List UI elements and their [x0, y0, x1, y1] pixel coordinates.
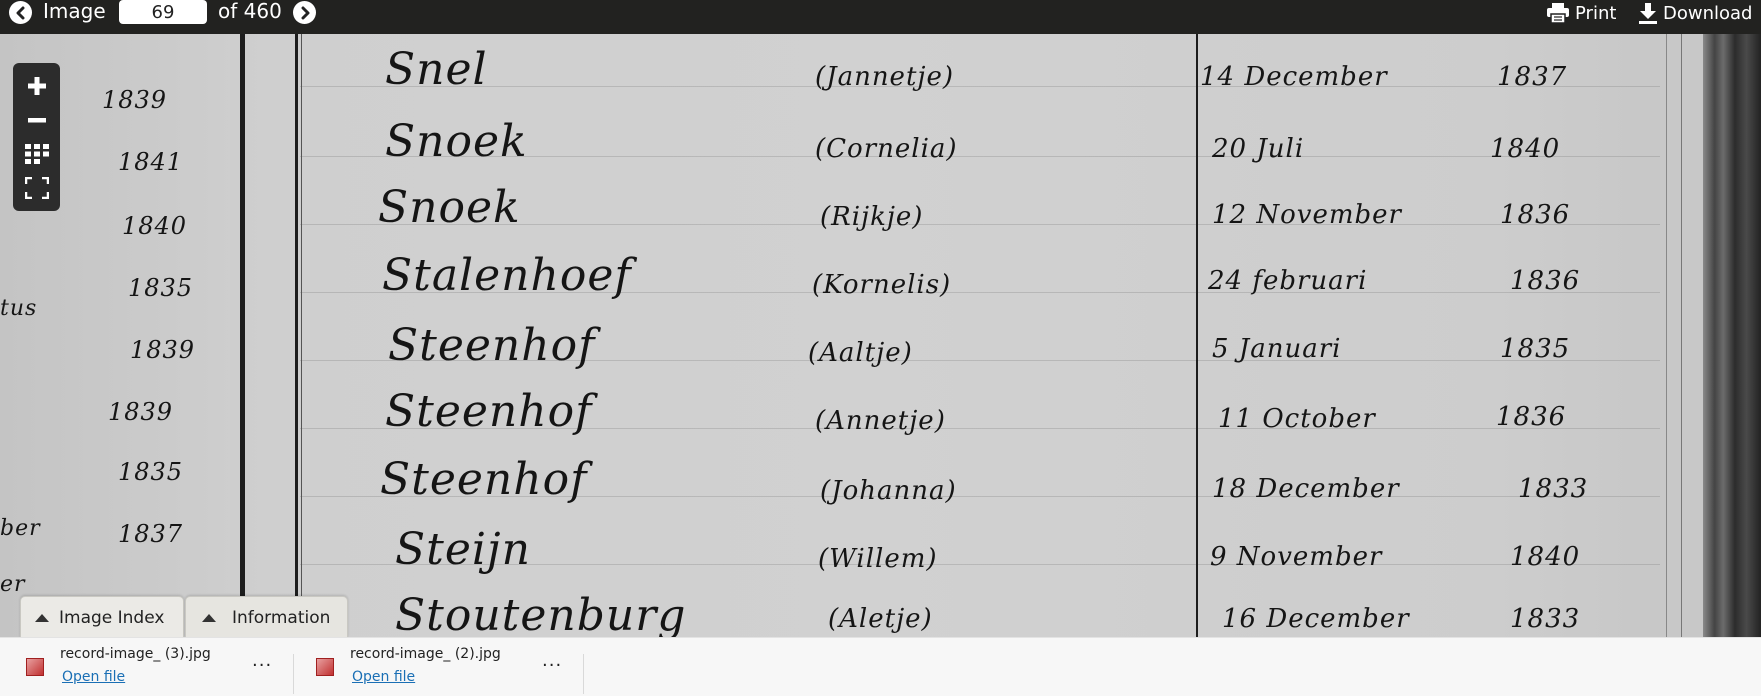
download-label: Download [1663, 3, 1752, 24]
entry-year: 1837 [1497, 62, 1567, 92]
entry-given-name: (Annetje) [815, 406, 946, 436]
triangle-up-icon [202, 614, 216, 622]
entry-year: 1833 [1510, 604, 1580, 634]
entry-surname: Snoek [378, 182, 521, 233]
tab-image-index[interactable]: Image Index [20, 596, 184, 638]
ruled-line [300, 86, 1660, 87]
entry-year: 1836 [1510, 266, 1580, 296]
open-file-link[interactable]: Open file [352, 669, 415, 685]
margin-year: 1835 [128, 274, 193, 302]
margin-year: 1835 [118, 458, 183, 486]
grid-icon [25, 144, 49, 164]
entry-year: 1835 [1500, 334, 1570, 364]
entry-surname: Steenhof [388, 320, 595, 371]
zoom-in-button[interactable] [19, 70, 55, 102]
download-filename: record-image_ (2).jpg [350, 646, 501, 662]
margin-fragment: tus [0, 296, 37, 321]
entry-surname: Snoek [385, 116, 528, 167]
margin-year: 1840 [122, 212, 187, 240]
divider [583, 654, 584, 694]
previous-image-button[interactable] [9, 1, 32, 24]
book-spine [1703, 34, 1761, 637]
entry-date: 14 December [1200, 62, 1388, 92]
tab-label: Information [232, 608, 330, 628]
zoom-controls [13, 63, 60, 211]
entry-surname: Snel [385, 44, 488, 95]
entry-given-name: (Cornelia) [815, 134, 958, 164]
entry-year: 1836 [1496, 402, 1566, 432]
minus-icon [27, 110, 47, 130]
entry-given-name: (Aletje) [828, 604, 933, 634]
entry-date: 16 December [1222, 604, 1410, 634]
document-image-viewer[interactable]: 1839 1841 1840 1835 1839 1839 1835 1837 … [0, 34, 1761, 637]
entry-surname: Steenhof [385, 386, 592, 437]
tab-information[interactable]: Information [185, 596, 348, 638]
print-button[interactable]: Print [1546, 0, 1616, 26]
column-divider [1196, 34, 1198, 637]
fullscreen-icon [25, 177, 49, 199]
page-total-label: of 460 [218, 0, 282, 23]
entry-given-name: (Johanna) [820, 476, 957, 506]
margin-year: 1837 [118, 520, 183, 548]
margin-year: 1839 [102, 86, 167, 114]
fullscreen-button[interactable] [19, 172, 55, 204]
entry-date: 20 Juli [1212, 134, 1304, 164]
chevron-left-icon [14, 6, 28, 20]
plus-icon [27, 76, 47, 96]
more-options-button[interactable]: ... [252, 650, 272, 671]
download-button[interactable]: Download [1638, 0, 1752, 26]
entry-year: 1833 [1518, 474, 1588, 504]
download-filename: record-image_ (3).jpg [60, 646, 211, 662]
tab-label: Image Index [59, 608, 164, 628]
margin-year: 1841 [118, 148, 183, 176]
entry-surname: Steijn [395, 524, 531, 575]
entry-surname: Stalenhoef [382, 250, 632, 301]
image-label: Image [43, 0, 106, 23]
entry-given-name: (Aaltje) [808, 338, 913, 368]
entry-year: 1840 [1510, 542, 1580, 572]
download-item[interactable]: record-image_ (2).jpg Open file ... [290, 638, 582, 696]
download-icon [1638, 2, 1658, 24]
printer-icon [1546, 2, 1570, 24]
margin-year: 1839 [108, 398, 173, 426]
column-divider [1666, 34, 1667, 637]
triangle-up-icon [35, 614, 49, 622]
column-divider [1681, 34, 1682, 637]
image-toolbar: Image of 460 Print Download [0, 0, 1761, 34]
margin-year: 1839 [130, 336, 195, 364]
more-options-button[interactable]: ... [542, 650, 562, 671]
entry-year: 1836 [1500, 200, 1570, 230]
entry-date: 12 November [1212, 200, 1402, 230]
entry-year: 1840 [1490, 134, 1560, 164]
margin-fragment: ber [0, 516, 41, 541]
entry-date: 9 November [1210, 542, 1382, 572]
entry-given-name: (Kornelis) [812, 270, 951, 300]
column-divider [240, 34, 245, 637]
image-file-icon [26, 658, 44, 676]
entry-surname: Stoutenburg [395, 590, 686, 637]
downloads-bar: record-image_ (3).jpg Open file ... reco… [0, 637, 1761, 696]
margin-fragment: er [0, 572, 26, 597]
open-file-link[interactable]: Open file [62, 669, 125, 685]
entry-date: 11 October [1218, 404, 1376, 434]
zoom-out-button[interactable] [19, 104, 55, 136]
entry-date: 24 februari [1208, 266, 1367, 296]
column-divider [301, 34, 302, 637]
page-number-input[interactable] [119, 0, 207, 24]
next-image-button[interactable] [293, 1, 316, 24]
image-file-icon [316, 658, 334, 676]
chevron-right-icon [298, 6, 312, 20]
entry-given-name: (Willem) [818, 544, 938, 574]
entry-given-name: (Jannetje) [815, 62, 954, 92]
entry-surname: Steenhof [380, 454, 587, 505]
grid-view-button[interactable] [19, 138, 55, 170]
entry-given-name: (Rijkje) [820, 202, 923, 232]
print-label: Print [1575, 3, 1616, 24]
entry-date: 5 Januari [1212, 334, 1341, 364]
column-divider [295, 34, 298, 637]
download-item[interactable]: record-image_ (3).jpg Open file ... [0, 638, 292, 696]
entry-date: 18 December [1212, 474, 1400, 504]
